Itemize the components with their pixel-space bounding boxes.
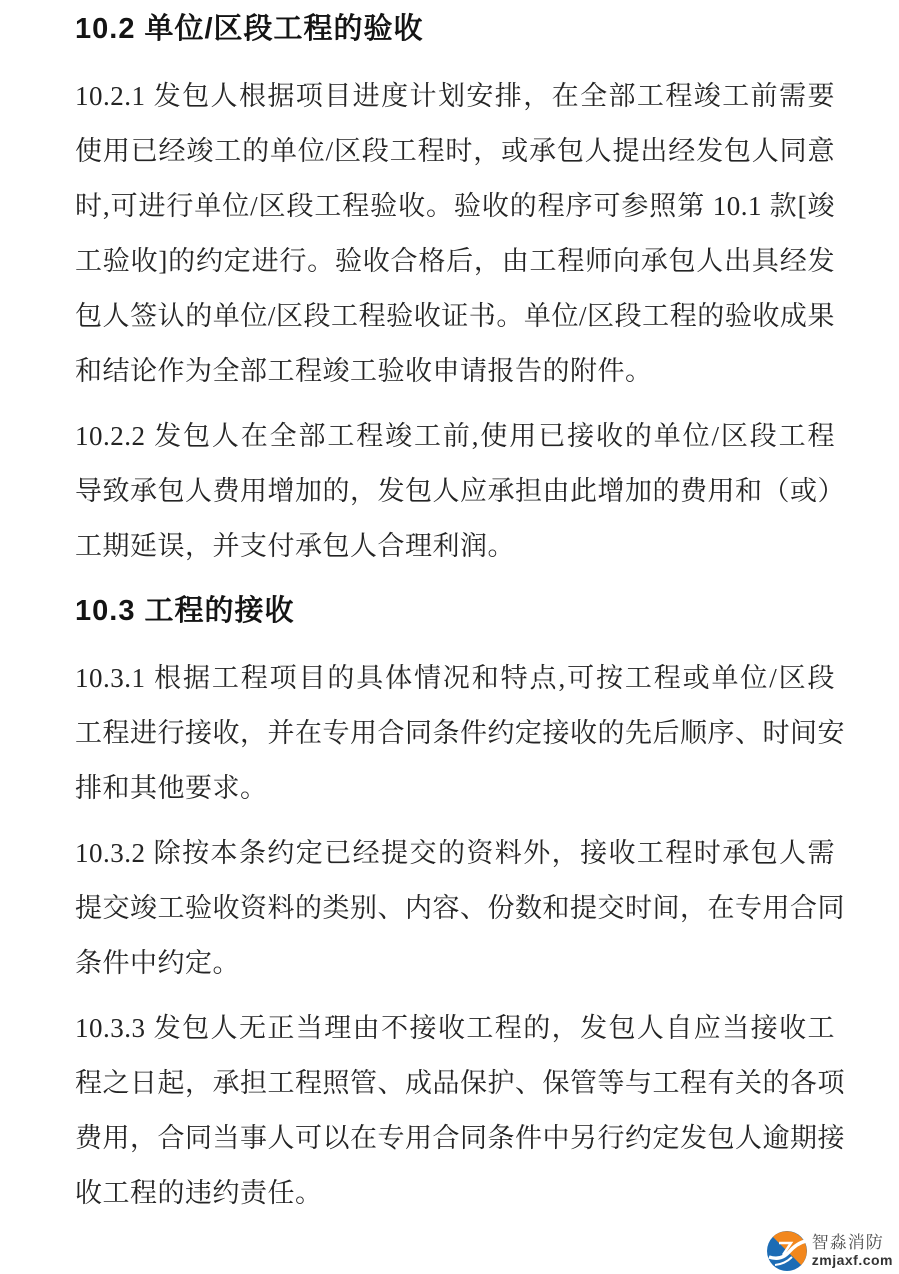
clause-10-3-2: 10.3.2 除按本条约定已经提交的资料外，接收工程时承包人需 提交竣工验收资料… — [75, 826, 835, 991]
clause-line: 包人签认的单位/区段工程验收证书。单位/区段工程的验收成果 — [75, 289, 835, 344]
watermark-text: 智淼消防 zmjaxf.com — [812, 1234, 893, 1268]
clause-line: 费用，合同当事人可以在专用合同条件中另行约定发包人逾期接 — [75, 1111, 835, 1166]
clause-10-2-1: 10.2.1 发包人根据项目进度计划安排，在全部工程竣工前需要 使用已经竣工的单… — [75, 69, 835, 399]
watermark: 智淼消防 zmjaxf.com — [767, 1231, 893, 1271]
clause-line: 10.2.2 发包人在全部工程竣工前,使用已接收的单位/区段工程 — [75, 409, 835, 464]
clause-line: 10.2.1 发包人根据项目进度计划安排，在全部工程竣工前需要 — [75, 69, 835, 124]
clause-line: 收工程的违约责任。 — [75, 1166, 835, 1221]
clause-line: 使用已经竣工的单位/区段工程时，或承包人提出经发包人同意 — [75, 124, 835, 179]
document-page: 10.2 单位/区段工程的验收 10.2.1 发包人根据项目进度计划安排，在全部… — [75, 2, 835, 1231]
watermark-domain: zmjaxf.com — [812, 1253, 893, 1268]
section-heading-10-2: 10.2 单位/区段工程的验收 — [75, 2, 835, 57]
clause-10-3-3: 10.3.3 发包人无正当理由不接收工程的，发包人自应当接收工 程之日起，承担工… — [75, 1001, 835, 1221]
clause-line: 条件中约定。 — [75, 936, 835, 991]
clause-line: 10.3.3 发包人无正当理由不接收工程的，发包人自应当接收工 — [75, 1001, 835, 1056]
clause-10-2-2: 10.2.2 发包人在全部工程竣工前,使用已接收的单位/区段工程 导致承包人费用… — [75, 409, 835, 574]
clause-line: 导致承包人费用增加的，发包人应承担由此增加的费用和（或） — [75, 464, 835, 519]
zhimiao-logo-icon — [767, 1231, 807, 1271]
clause-line: 时,可进行单位/区段工程验收。验收的程序可参照第 10.1 款[竣 — [75, 179, 835, 234]
section-heading-10-3: 10.3 工程的接收 — [75, 584, 835, 639]
clause-line: 提交竣工验收资料的类别、内容、份数和提交时间，在专用合同 — [75, 881, 835, 936]
clause-line: 程之日起，承担工程照管、成品保护、保管等与工程有关的各项 — [75, 1056, 835, 1111]
watermark-brand-name: 智淼消防 — [812, 1234, 893, 1253]
clause-line: 10.3.1 根据工程项目的具体情况和特点,可按工程或单位/区段 — [75, 651, 835, 706]
clause-line: 工程进行接收，并在专用合同条件约定接收的先后顺序、时间安 — [75, 706, 835, 761]
clause-line: 工验收]的约定进行。验收合格后，由工程师向承包人出具经发 — [75, 234, 835, 289]
clause-line: 排和其他要求。 — [75, 761, 835, 816]
clause-line: 工期延误，并支付承包人合理利润。 — [75, 519, 835, 574]
clause-line: 10.3.2 除按本条约定已经提交的资料外，接收工程时承包人需 — [75, 826, 835, 881]
clause-10-3-1: 10.3.1 根据工程项目的具体情况和特点,可按工程或单位/区段 工程进行接收，… — [75, 651, 835, 816]
clause-line: 和结论作为全部工程竣工验收申请报告的附件。 — [75, 344, 835, 399]
